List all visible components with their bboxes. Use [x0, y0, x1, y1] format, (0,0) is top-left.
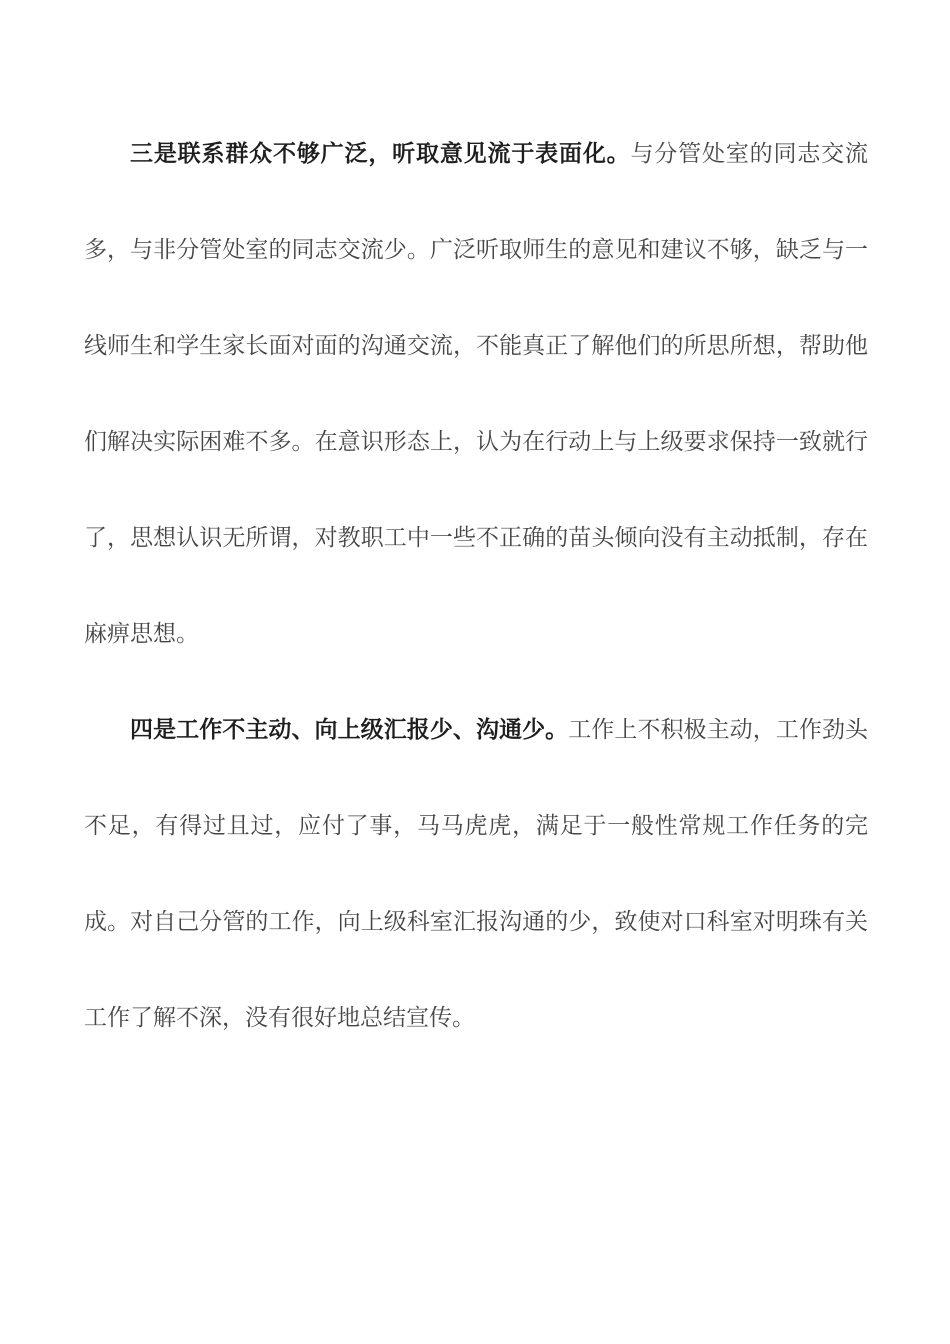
paragraph: 四是工作不主动、向上级汇报少、沟通少。工作上不积极主动，工作劲头不足，有得过且过… [84, 682, 868, 1066]
paragraph: 三是联系群众不够广泛，听取意见流于表面化。与分管处室的同志交流多，与非分管处室的… [84, 106, 868, 682]
document-page: 三是联系群众不够广泛，听取意见流于表面化。与分管处室的同志交流多，与非分管处室的… [0, 0, 950, 1344]
document-body: 三是联系群众不够广泛，听取意见流于表面化。与分管处室的同志交流多，与非分管处室的… [84, 106, 868, 1066]
paragraph-lead-text: 三是联系群众不够广泛，听取意见流于表面化。 [130, 141, 631, 166]
paragraph-body-text: 与分管处室的同志交流多，与非分管处室的同志交流少。广泛听取师生的意见和建议不够，… [84, 141, 868, 646]
paragraph-body-text: 工作上不积极主动，工作劲头不足，有得过且过，应付了事，马马虎虎，满足于一般性常规… [84, 717, 868, 1030]
paragraph-lead-text: 四是工作不主动、向上级汇报少、沟通少。 [130, 717, 568, 742]
